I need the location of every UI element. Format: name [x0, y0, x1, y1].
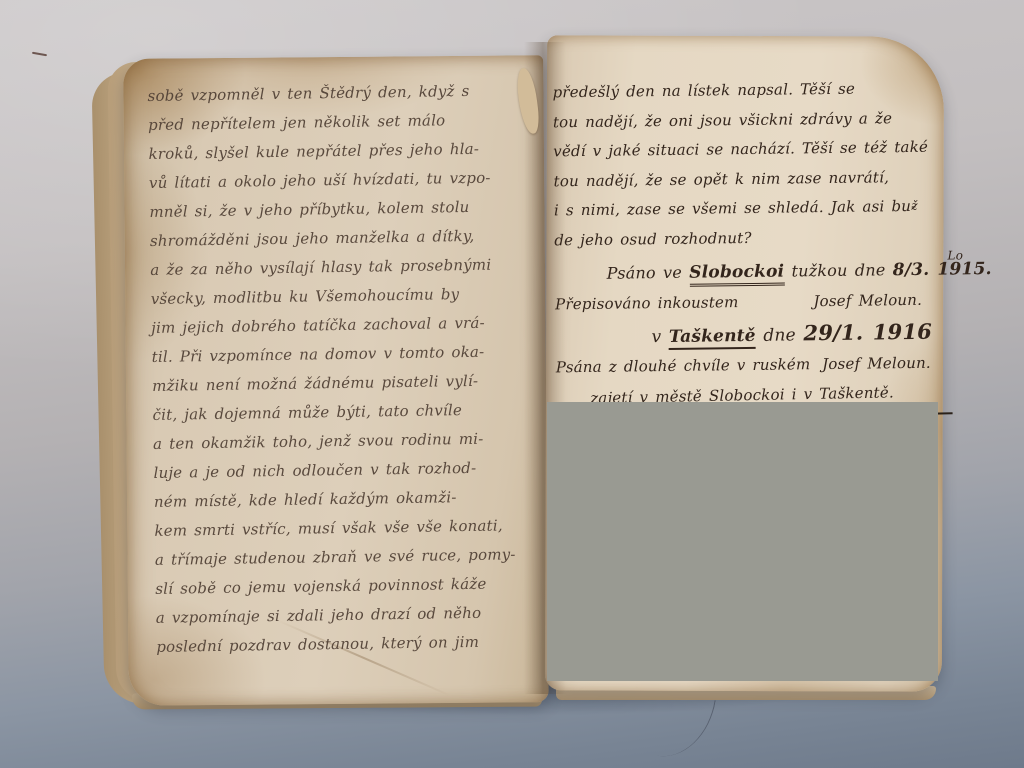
- note-transcribed-in-ink: Přepisováno inkoustem Josef Meloun.: [555, 285, 940, 319]
- right-page-text: předešlý den na lístek napsal. Těší se t…: [552, 74, 941, 420]
- handwriting-line: vědí v jaké situaci se nachází. Těší se …: [553, 133, 938, 167]
- handwriting-line: předešlý den na lístek napsal. Těší se: [552, 74, 937, 108]
- superscript-mark: Lo: [947, 241, 963, 271]
- handwriting-line: i s nimi, zase se všemi se shledá. Jak a…: [554, 192, 939, 226]
- scratch-mark: [32, 52, 47, 57]
- signature: Josef Meloun.: [813, 285, 922, 316]
- signature: Josef Meloun.: [822, 349, 931, 380]
- handwriting-line: tou nadějí, že oni jsou všickni zdrávy a…: [553, 103, 938, 137]
- note-text: tužkou dne: [784, 260, 893, 280]
- left-page: sobě vzpomněl v ten Štědrý den, když s p…: [123, 55, 549, 706]
- note-tashkent-date: v Taškentě dne 29/1. 1916: [651, 315, 940, 353]
- place-name-underlined: Taškentě: [669, 326, 756, 350]
- handwriting-line: til. Při vzpomínce na domov v tomto oka-: [151, 337, 537, 372]
- date-1916: 29/1. 1916: [803, 319, 932, 346]
- handwriting-line: poslední pozdrav dostanou, který on jim: [156, 627, 542, 662]
- date-1915: 8/3. 1915.: [893, 259, 992, 280]
- redaction-block: [547, 402, 938, 681]
- note-text: dne: [756, 325, 804, 346]
- handwriting-line: tou nadějí, že se opět k nim zase navrát…: [553, 162, 938, 196]
- handwriting-line: de jeho osud rozhodnut?: [554, 221, 939, 255]
- note-written-in-pencil: Psáno ve Slobockoi tužkou dne 8/3. 1915.…: [607, 255, 940, 290]
- handwriting-line: a ten okamžik toho, jenž svou rodinu mi-: [153, 424, 539, 459]
- note-text: Psáno ve: [607, 263, 690, 283]
- note-text: Přepisováno inkoustem: [555, 288, 739, 320]
- handwriting-line: a že za něho vysílají hlasy tak prosebný…: [150, 250, 536, 285]
- note-text: Psána z dlouhé chvíle v ruském: [556, 350, 811, 383]
- handwriting-line: vů lítati a okolo jeho uší hvízdati, tu …: [149, 163, 535, 198]
- photo-of-open-diary: sobě vzpomněl v ten Štědrý den, když s p…: [0, 0, 1024, 768]
- handwriting-line: slí sobě co jemu vojenská povinnost káže: [155, 569, 541, 604]
- note-text: v: [651, 327, 669, 347]
- place-name-underlined: Slobockoi: [689, 262, 784, 287]
- left-page-text: sobě vzpomněl v ten Štědrý den, když s p…: [147, 76, 542, 662]
